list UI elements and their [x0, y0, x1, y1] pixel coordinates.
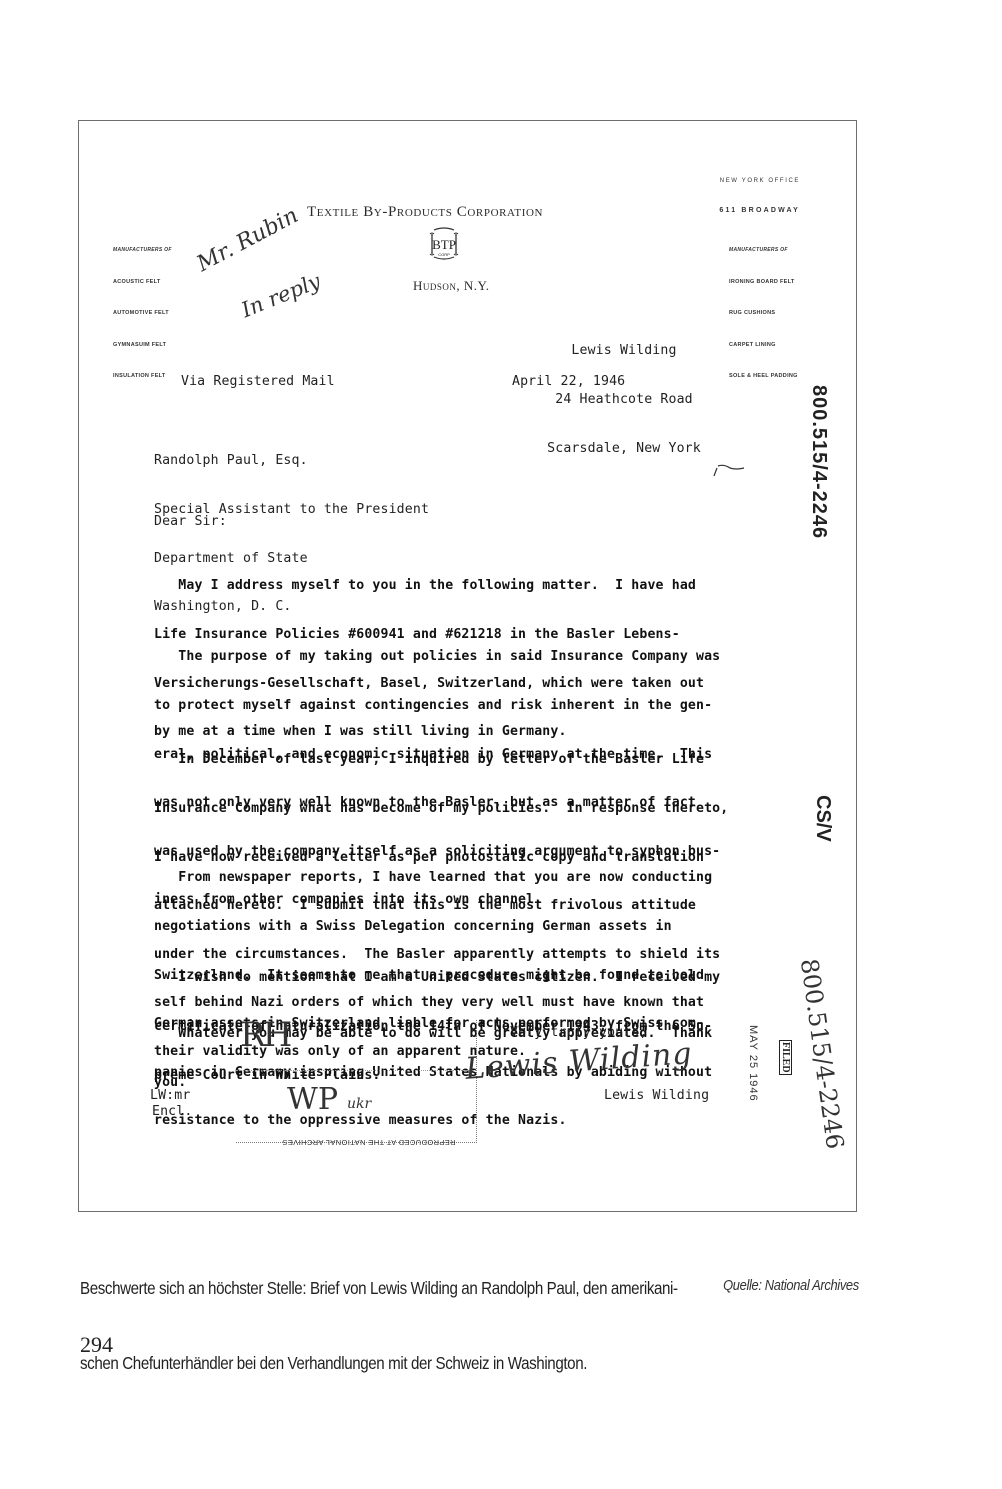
tick-mark-icon — [712, 462, 748, 478]
figure-caption: Beschwerte sich an höchster Stelle: Brie… — [80, 1226, 678, 1401]
new-york-office: NEW YORK OFFICE 611 BROADWAY — [690, 156, 800, 226]
date-received-stamp: MAY 25 1946 — [747, 1025, 759, 1102]
paragraph-line: The purpose of my taking out policies in… — [154, 649, 720, 665]
closing: Very truly yours, — [510, 1025, 648, 1041]
paragraph-line: to protect myself against contingencies … — [154, 698, 720, 714]
company-name: Textile By-Products Corporation — [307, 204, 543, 221]
division-stamp: CS/V — [811, 795, 834, 842]
sender-name: Lewis Wilding — [534, 343, 714, 359]
paragraph-line: From newspaper reports, I have learned t… — [154, 870, 712, 886]
handwritten-initials-wp: WP — [287, 1082, 338, 1117]
dotted-rule — [236, 1070, 476, 1071]
reproduction-stamp-outline — [236, 1020, 477, 1143]
caption-line-1: Beschwerte sich an höchster Stelle: Brie… — [80, 1276, 678, 1301]
sender-city: Scarsdale, New York — [534, 441, 714, 457]
new-york-office-label: NEW YORK OFFICE — [690, 176, 800, 186]
company-logo: BTP CORP — [426, 226, 462, 260]
right-product-item: RUG CUSHIONS — [729, 308, 798, 319]
new-york-office-address: 611 BROADWAY — [690, 206, 800, 216]
sender-street: 24 Heathcote Road — [534, 392, 714, 408]
letter-date: April 22, 1946 — [512, 374, 625, 390]
page-number: 294 — [80, 1332, 113, 1358]
delivery-method: Via Registered Mail — [181, 374, 335, 390]
enclosure-note: Encl. — [152, 1104, 192, 1120]
left-products-list: MANUFACTURERS OF ACOUSTIC FELT AUTOMOTIV… — [113, 224, 172, 392]
recipient-name: Randolph Paul, Esq. — [154, 453, 429, 469]
left-products-heading: MANUFACTURERS OF — [113, 245, 172, 256]
right-products-list: MANUFACTURERS OF IRONING BOARD FELT RUG … — [729, 224, 798, 392]
right-product-item: IRONING BOARD FELT — [729, 277, 798, 288]
handwritten-tick-mark — [712, 462, 748, 483]
caption-source: Quelle: National Archives — [723, 1277, 859, 1294]
right-product-item: SOLE & HEEL PADDING — [729, 371, 798, 382]
paragraph-line: May I address myself to you in the follo… — [154, 578, 704, 594]
file-number-stamp: 800.515/4-2246 — [807, 385, 830, 539]
reproduction-notice: REPRODUCED AT THE NATIONAL ARCHIVES — [282, 1138, 456, 1147]
signature-typed: Lewis Wilding — [604, 1088, 709, 1104]
salutation: Dear Sir: — [154, 514, 227, 530]
right-product-item: CARPET LINING — [729, 340, 798, 351]
left-product-item: AUTOMOTIVE FELT — [113, 308, 172, 319]
caption-line-2: schen Chefunterhändler bei den Verhandlu… — [80, 1351, 678, 1376]
handwritten-initials-ukr: ukr — [347, 1096, 371, 1112]
btp-monogram-icon: BTP CORP — [426, 226, 462, 262]
typist-initials: LW:mr — [150, 1088, 190, 1104]
left-product-item: GYMNASUIM FELT — [113, 340, 172, 351]
paragraph-line: I wish to mention that I am a United Sta… — [154, 970, 720, 986]
svg-text:CORP: CORP — [438, 252, 450, 257]
paragraph-line: Insurance Company what has become of my … — [154, 801, 728, 817]
paragraph-line: negotiations with a Swiss Delegation con… — [154, 919, 712, 935]
right-products-heading: MANUFACTURERS OF — [729, 245, 798, 256]
left-product-item: ACOUSTIC FELT — [113, 277, 172, 288]
paragraph-line: In December of last year, I inquired by … — [154, 752, 728, 768]
svg-text:BTP: BTP — [432, 237, 456, 252]
company-location: Hudson, N.Y. — [413, 278, 490, 294]
filed-stamp: FILED — [779, 1040, 792, 1075]
sender-address: Lewis Wilding 24 Heathcote Road Scarsdal… — [534, 311, 714, 473]
left-product-item: INSULATION FELT — [113, 371, 172, 382]
